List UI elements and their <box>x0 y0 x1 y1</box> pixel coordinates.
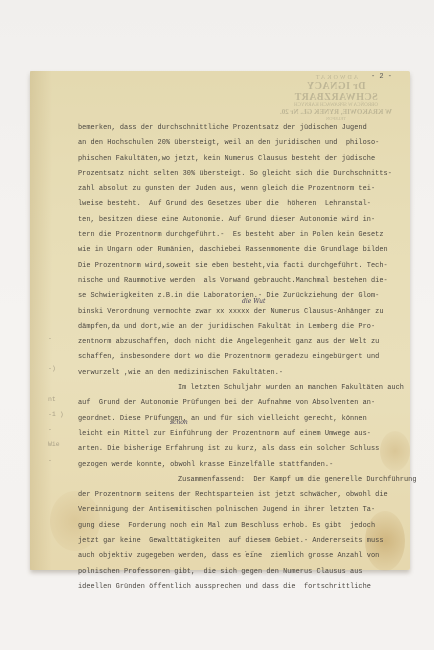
text-line: zentnorm abzuschaffen, doch nicht die An… <box>78 335 396 350</box>
text-line: an den Hochschulen 20% übersteigt, weil … <box>78 136 396 151</box>
text-line: geordnet. Diese Prüfungen, an und für si… <box>78 412 396 427</box>
text-line: verwurzelt ,wie an den medizinischen Fak… <box>78 366 396 381</box>
margin-marks: - -) nt -1 ) - Wie - <box>48 331 64 468</box>
margin-mark: - <box>48 422 64 437</box>
margin-mark: -1 ) <box>48 407 64 422</box>
text-line: binski Verordnung vermochte zwar xx xxxx… <box>78 305 396 320</box>
text-line: bemerken, dass der durchschnittliche Pro… <box>78 121 396 136</box>
text-line: auch objektiv zugegeben werden, dass es … <box>78 549 396 564</box>
text-line: gezogen werde konnte, obwohl krasse Einz… <box>78 458 396 473</box>
text-line: wie in Ungarn oder Rumänien, daschiebei … <box>78 243 396 258</box>
text-line: phischen Fakultäten,wo jetzt, kein Numer… <box>78 152 396 167</box>
text-line: lweise besteht. Auf Grund des Gesetzes ü… <box>78 197 396 212</box>
text-line: gung diese Forderung noch ein Mal zum Be… <box>78 519 396 534</box>
margin-mark: nt <box>48 392 64 407</box>
bottom-marks: . . <box>244 547 255 554</box>
page-number: - 2 - <box>371 73 392 81</box>
text-line: nische und Raummotive werden als Vorwand… <box>78 274 396 289</box>
text-line: zahl absolut zu gunsten der Juden aus, w… <box>78 182 396 197</box>
text-line: polnischen Professoren gibt, die sich ge… <box>78 565 396 580</box>
text-line: arten. Die bisherige Erfahrung ist zu ku… <box>78 442 396 457</box>
margin-mark: - <box>48 453 64 468</box>
text-line: schaffen, insbesondere dort wo die Proze… <box>78 350 396 365</box>
letterhead-stamp-bleedthrough: ADWOKAT Dr IGNACY SCHWARZBART OBROŃCA W … <box>276 75 396 121</box>
text-line: Vereinnigung der Antisemitischen polnisc… <box>78 503 396 518</box>
stamp-line: Dr IGNACY SCHWARZBART <box>276 81 396 103</box>
margin-mark: -) <box>48 361 64 376</box>
paragraph-start: Im letzten Schuljahr wurden an manchen F… <box>78 381 396 396</box>
text-line: jetzt gar keine Gewalttätigkeiten auf di… <box>78 534 396 549</box>
text-line: se Schwierigkeiten z.B.in die Laboratori… <box>78 289 396 304</box>
text-line: ideellen Gründen öffentlich aussprechen … <box>78 580 396 595</box>
text-line: der Prozentnorm seitens der Rechtspartei… <box>78 488 396 503</box>
document-body: bemerken, dass der durchschnittliche Pro… <box>78 121 396 595</box>
text-line: Prozentsatz nicht selten 30% übersteigt.… <box>78 167 396 182</box>
text-line: dämpfen,da und dort,wie an der juridisch… <box>78 320 396 335</box>
text-line: tern die Prozentnorm durchgeführt.- Es b… <box>78 228 396 243</box>
margin-mark: Wie <box>48 437 64 452</box>
text-line: auf Grund der Autonomie Prüfungen bei de… <box>78 396 396 411</box>
stamp-line: W KRAKOWIE, RYNEK GŁ. Nr 20. <box>276 108 396 116</box>
paragraph-start: Zusammenfassend: Der Kampf um die genere… <box>78 473 396 488</box>
text-line: ten, besitzen diese eine Autonomie. Auf … <box>78 213 396 228</box>
text-line: leicht ein Mittel zur Einführung der Pro… <box>78 427 396 442</box>
margin-mark: - <box>48 331 64 346</box>
text-line: Die Prozentnorm wird,soweit sie eben bes… <box>78 259 396 274</box>
typewritten-page: ADWOKAT Dr IGNACY SCHWARZBART OBROŃCA W … <box>30 71 410 570</box>
